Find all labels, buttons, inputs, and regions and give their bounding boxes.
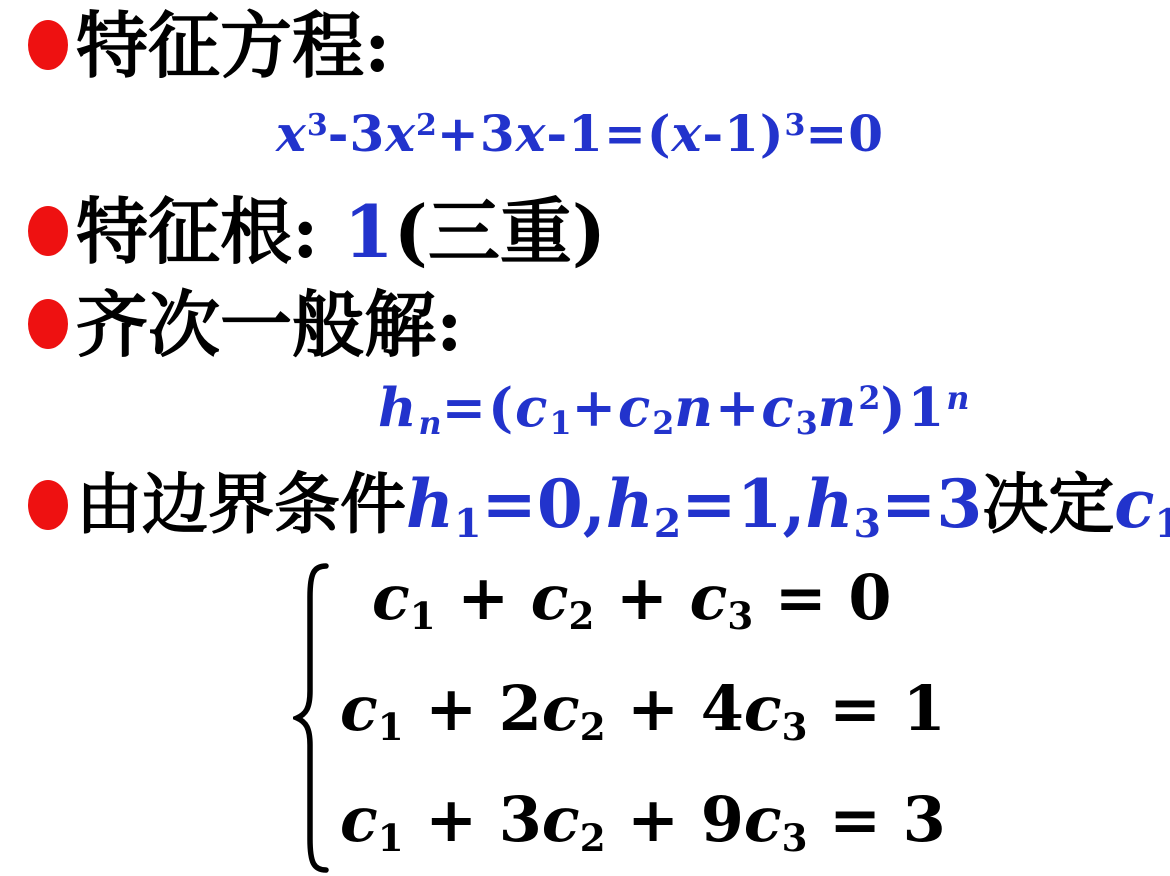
equation-row-3: c1 + 3c2 + 9c3 = 3 [340,786,946,854]
bullet-item-general-solution: 齐次一般解: [28,285,463,364]
equation-row-2: c1 + 2c2 + 4c3 = 1 [340,675,946,743]
characteristic-equation-label: 特征方程: [76,6,391,85]
general-solution-label: 齐次一般解: [76,285,463,364]
bullet-icon [28,206,68,256]
bullet-icon [28,480,68,530]
bullet-item-characteristic-equation: 特征方程: [28,6,391,85]
bullet-item-boundary-conditions: 由边界条件h1=0,h2=1,h3=3决定c1,c2,c3: [28,466,1170,544]
equation-row-1: c1 + c2 + c3 = 0 [372,564,891,632]
bullet-icon [28,299,68,349]
equation-system: c1 + c2 + c3 = 0 c1 + 2c2 + 4c3 = 1 c1 +… [295,556,855,876]
characteristic-equation-formula: x3-3x2+3x-1=(x-1)3=0 [276,104,884,164]
left-brace-icon [293,562,331,874]
slide: 特征方程: x3-3x2+3x-1=(x-1)3=0 特征根: 1(三重) 齐次… [0,0,1170,876]
boundary-conditions-text: 由边界条件h1=0,h2=1,h3=3决定c1,c2,c3: [76,466,1170,544]
bullet-icon [28,20,68,70]
bullet-item-characteristic-root: 特征根: 1(三重) [28,192,606,271]
general-solution-formula: hn=(c1+c2n+c3n2)1n [378,377,970,441]
characteristic-root-text: 特征根: 1(三重) [76,192,606,271]
